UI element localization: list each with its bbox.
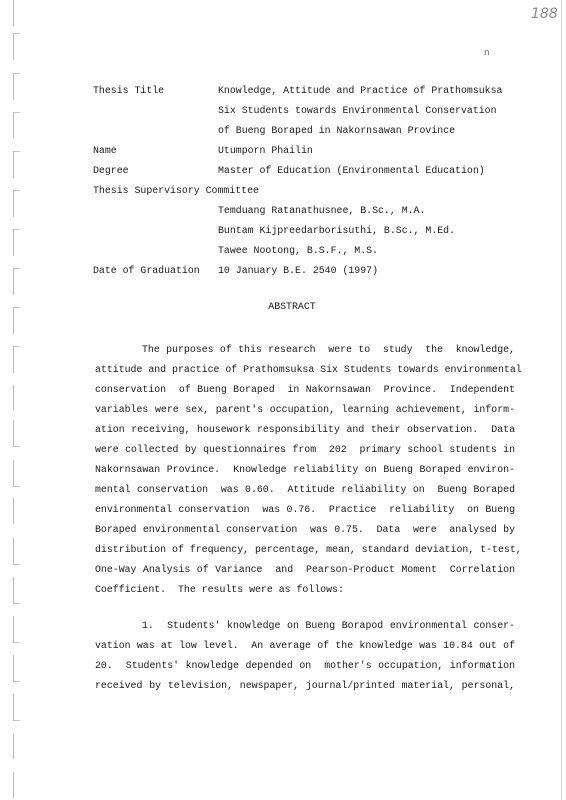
binding-mark	[13, 498, 20, 524]
committee-label: Thesis Supervisory Committee	[93, 181, 259, 201]
paragraph-line: received by television, newspaper, journ…	[95, 676, 515, 696]
abstract-result-1: 1. Students' knowledge on Bueng Borapod …	[95, 616, 515, 696]
binding-mark	[13, 772, 20, 798]
paragraph-line: conservation of Bueng Boraped in Nakorns…	[95, 380, 515, 400]
paragraph-line: 1. Students' knowledge on Bueng Borapod …	[95, 616, 515, 636]
paragraph-line: The purposes of this research were to st…	[95, 340, 515, 360]
paragraph-line: variables were sex, parent's occupation,…	[95, 400, 515, 420]
paragraph-line: ation receiving, housework responsibilit…	[95, 420, 515, 440]
page-edge-line	[561, 0, 562, 800]
committee-member-1: Temduang Ratanathusnee, B.Sc., M.A.	[218, 201, 425, 221]
paragraph-line: Coefficient. The results were as follows…	[95, 580, 515, 600]
handwritten-page-number: 188	[531, 6, 558, 22]
binding-mark	[13, 346, 20, 373]
binding-mark	[13, 385, 20, 411]
paragraph-line: distribution of frequency, percentage, m…	[95, 540, 515, 560]
binding-mark	[13, 616, 20, 643]
binding-mark	[13, 460, 20, 487]
binding-mark	[13, 73, 20, 100]
thesis-title-line-2: Six Students towards Environmental Conse…	[218, 101, 497, 121]
binding-mark	[13, 268, 20, 295]
thesis-title-line-1: Knowledge, Attitude and Practice of Prat…	[218, 81, 502, 101]
graduation-label: Date of Graduation	[93, 261, 200, 281]
paragraph-line: Nakornsawan Province. Knowledge reliabil…	[95, 460, 515, 480]
thesis-title-label: Thesis Title	[93, 81, 164, 101]
degree-label: Degree	[93, 161, 129, 181]
binding-mark	[13, 420, 20, 447]
name-label: Name	[93, 141, 117, 161]
binding-mark	[13, 190, 20, 217]
paragraph-line: were collected by questionnaires from 20…	[95, 440, 515, 460]
graduation-value: 10 January B.E. 2540 (1997)	[218, 261, 378, 281]
paragraph-line: vation was at low level. An average of t…	[95, 636, 515, 656]
binding-mark	[13, 694, 20, 721]
binding-mark	[13, 0, 20, 26]
abstract-heading: ABSTRACT	[0, 301, 566, 312]
paragraph-line: Boraped environmental conservation was 0…	[95, 520, 515, 540]
document-page: 188 ก Thesis Title Knowledge, Attitude a…	[0, 0, 566, 800]
binding-mark	[13, 33, 20, 60]
name-value: Utumporn Phailin	[218, 141, 313, 161]
paragraph-line: One-Way Analysis of Variance and Pearson…	[95, 560, 515, 580]
binding-mark	[13, 538, 20, 565]
thesis-title-line-3: of Bueng Boraped in Nakornsawan Province	[218, 121, 455, 141]
binding-mark	[13, 655, 20, 682]
binding-mark	[13, 151, 20, 178]
binding-mark	[13, 577, 20, 604]
paragraph-line: mental conservation was 0.60. Attitude r…	[95, 480, 515, 500]
binding-mark	[13, 733, 20, 759]
binding-mark	[13, 229, 20, 256]
degree-value: Master of Education (Environmental Educa…	[218, 161, 485, 181]
committee-member-3: Tawee Nootong, B.S.F., M.S.	[218, 241, 378, 261]
paragraph-line: environmental conservation was 0.76. Pra…	[95, 500, 515, 520]
paragraph-line: attitude and practice of Prathomsuksa Si…	[95, 360, 515, 380]
binding-mark	[13, 112, 20, 139]
paragraph-line: 20. Students' knowledge depended on moth…	[95, 656, 515, 676]
committee-member-2: Buntam Kijpreedarborisuthi, B.Sc., M.Ed.	[218, 221, 455, 241]
binding-marks	[10, 0, 30, 800]
abstract-paragraph-1: The purposes of this research were to st…	[95, 340, 515, 600]
page-letter: ก	[484, 45, 489, 59]
